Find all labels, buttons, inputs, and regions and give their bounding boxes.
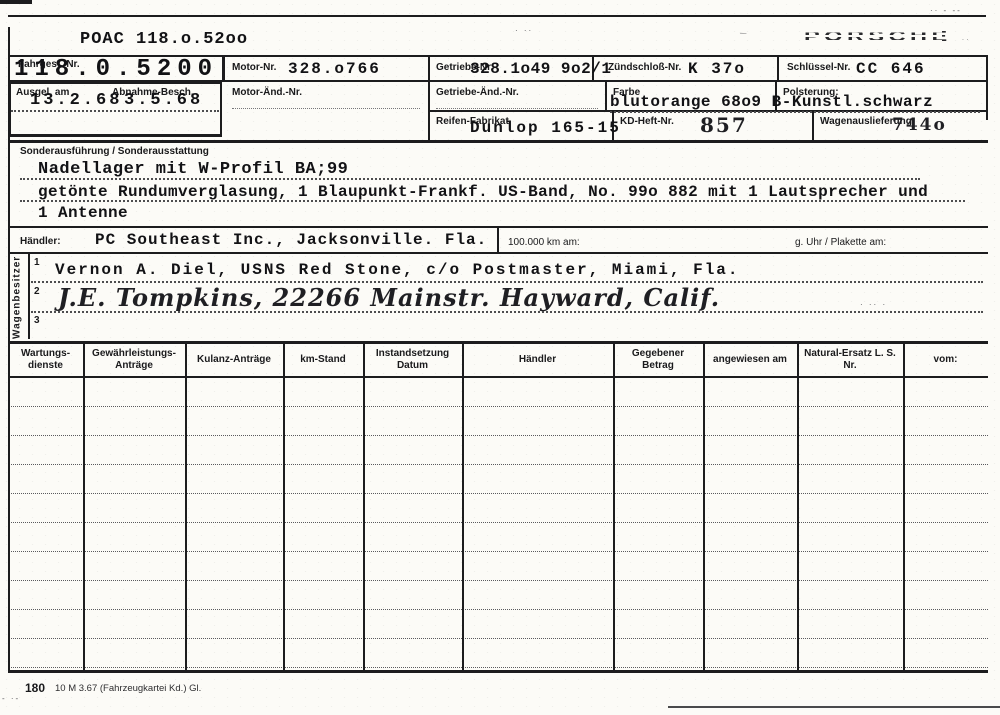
upholstery-label: Polsterung: [783,87,839,99]
empty-table-row [8,407,988,436]
col-header-instructed: angewiesen am [703,344,797,376]
key-number-label: Schlüssel-Nr. [787,62,850,74]
empty-table-row [8,523,988,552]
fill-dots [20,200,965,202]
special-equipment-line1: Nadellager mit W-Profil BA;99 [38,160,348,179]
color-value: blutorange 68o9 B-Kunstl.schwarz [610,93,933,111]
col-header-goodwill: Kulanz-Anträge [185,344,283,376]
empty-table-row [8,581,988,610]
fill-dots [31,311,983,313]
porsche-logo: PORSCHE [804,28,936,46]
delivered-on-value: 13.2.68 [30,91,122,110]
grid-line [222,55,225,82]
grid-line [8,252,988,254]
vehicle-delivery-value: 744o [892,115,947,135]
maintenance-table: Wartungs- dienste Gewährleistungs- Anträ… [8,341,988,673]
owner-2-value: J.E. Tompkins, 22266 Mainstr. Hayward, C… [58,283,720,312]
grid-line [497,226,499,253]
table-column-line [83,344,85,670]
scan-artifact: · ·· · [860,300,887,309]
maintenance-table-body [8,378,988,671]
col-header-warranty: Gewährleistungs- Anträge [83,344,185,376]
card-top-border [8,15,986,17]
table-column-line [462,344,464,670]
fill-dots [610,111,980,113]
form-number: 180 [25,682,45,696]
owner-1-value: Vernon A. Diel, USNS Red Stone, c/o Post… [55,261,740,279]
col-header-replacement: Natural-Ersatz L. S. Nr. [797,344,903,376]
table-column-line [613,344,615,670]
owner-section-label: Wagenbesitzer [6,256,28,338]
empty-table-row [8,494,988,523]
porsche-stripes-decoration [802,28,942,46]
special-equipment-line2: getönte Rundumverglasung, 1 Blaupunkt-Fr… [38,183,928,201]
col-header-repair-date: Instandsetzung Datum [363,344,462,376]
scan-artifact: ˙˙ [962,38,971,47]
col-header-km: km-Stand [283,344,363,376]
fill-dots [11,110,219,112]
col-header-from: vom: [903,344,988,376]
acceptance-cert-value: 3.5.68 [124,91,203,110]
section-divider-thick [8,140,988,143]
scan-artifact: ‑ ·‑ [2,694,20,703]
col-header-maintenance: Wartungs- dienste [8,344,83,376]
empty-table-row [8,552,988,581]
gearbox-change-number-label: Getriebe-Änd.-Nr. [436,87,519,99]
scan-artifact: ⁄ [739,31,748,38]
fill-dots [436,108,598,109]
table-column-line [703,344,705,670]
engine-number-value: 328.o766 [288,60,381,78]
vehicle-record-card: · ·· ⁄ ·· ‑ ‑‑ ˙˙ · ·· · ‑ ·‑ POAC 118.o… [0,0,1000,715]
owner-row-number: 2 [34,286,40,298]
grid-line [777,55,779,82]
dealer-label: Händler: [20,236,61,248]
special-equipment-label: Sonderausführung / Sonderausstattung [20,146,209,158]
form-imprint: 10 M 3.67 (Fahrzeugkartei Kd.) Gl. [55,684,201,695]
table-column-line [363,344,365,670]
table-column-line [283,344,285,670]
col-header-amount: Gegebener Betrag [613,344,703,376]
fill-dots [20,178,920,180]
special-equipment-line3: 1 Antenne [38,204,128,222]
owner-row-number: 3 [34,315,40,327]
fill-dots [232,108,420,109]
tire-brand-value: Dunlop 165-15 [470,119,621,137]
ignition-lock-number-value: K 37o [688,60,746,78]
empty-table-row [8,378,988,407]
table-column-line [797,344,799,670]
chassis-number-value: 118.0.5200 [14,56,218,83]
owner-row-number: 1 [34,257,40,269]
grid-line [605,82,607,110]
service-booklet-number-value: 857 [700,113,748,137]
grid-line [28,253,30,339]
empty-table-row [8,436,988,465]
scan-edge-mark [0,0,32,4]
engine-number-label: Motor-Nr. [232,62,276,74]
document-number: POAC 118.o.52oo [80,30,248,49]
empty-table-row [8,639,988,668]
grid-line [428,55,430,82]
scan-artifact: ·· ‑ ‑‑ [930,6,962,15]
scan-artifact: · ·· [515,26,533,35]
clock-badge-label: g. Uhr / Plakette am: [795,237,886,249]
maintenance-table-header: Wartungs- dienste Gewährleistungs- Anträ… [8,344,988,378]
km-100000-label: 100.000 km am: [508,237,580,249]
table-column-line [903,344,905,670]
engine-change-number-label: Motor-Änd.-Nr. [232,87,302,99]
scan-stray-line [668,706,1000,708]
table-column-line [185,344,187,670]
empty-table-row [8,465,988,494]
service-booklet-number-label: KD-Heft-Nr. [620,116,674,128]
ignition-lock-number-label: Zündschloß-Nr. [608,62,681,74]
gearbox-number-value: 328.1o49 9o2/1 [470,60,611,78]
grid-line [812,112,814,140]
col-header-dealer: Händler [462,344,613,376]
empty-table-row [8,610,988,639]
dealer-value: PC Southeast Inc., Jacksonville. Fla. [95,231,487,249]
table-column-line [8,344,10,670]
key-number-value: CC 646 [856,60,926,78]
